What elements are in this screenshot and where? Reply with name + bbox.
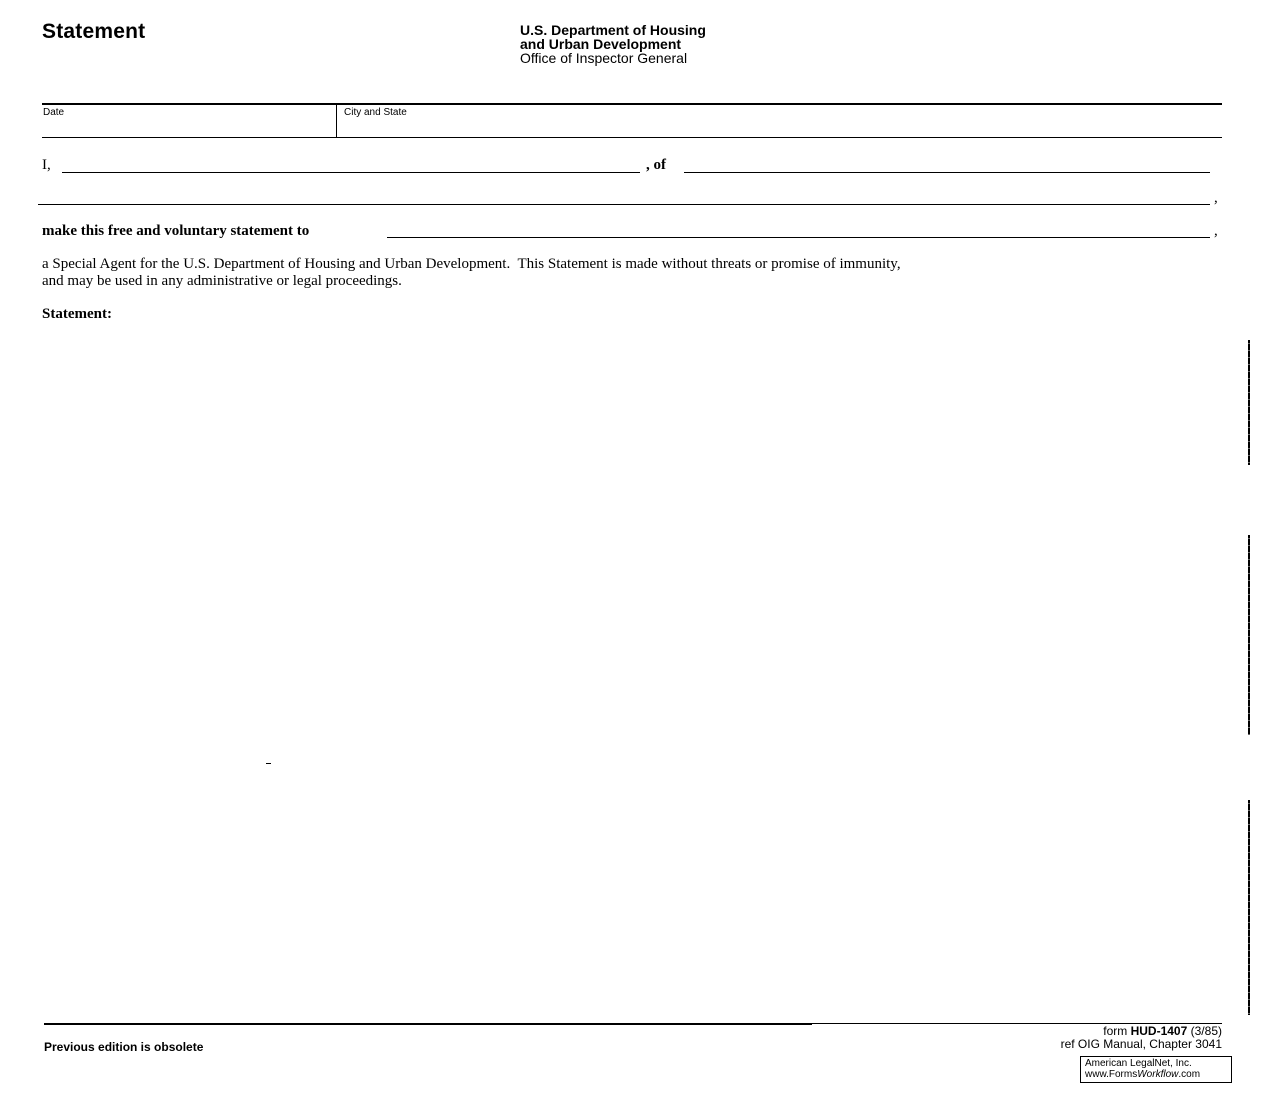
form-date: (3/85) <box>1191 1024 1222 1038</box>
scan-edge-mark <box>1248 800 1250 1015</box>
scan-artifact <box>266 763 271 764</box>
box-divider <box>336 105 337 138</box>
name-field[interactable] <box>62 156 640 173</box>
publisher-url: www.FormsWorkflow.com <box>1085 1069 1229 1080</box>
publisher-name: American LegalNet, Inc. <box>1085 1058 1229 1069</box>
address-field[interactable] <box>38 188 1210 205</box>
disclaimer-line1: a Special Agent for the U.S. Department … <box>42 256 1227 273</box>
date-field[interactable] <box>44 118 336 138</box>
publisher-box: American LegalNet, Inc. www.FormsWorkflo… <box>1080 1056 1232 1083</box>
form-prefix: form <box>1103 1024 1127 1038</box>
agency-name-line1: U.S. Department of Housing <box>520 23 706 37</box>
statement-to-label: make this free and voluntary statement t… <box>42 223 309 240</box>
disclaimer-line2: and may be used in any administrative or… <box>42 273 1227 290</box>
agency-office: Office of Inspector General <box>520 51 706 65</box>
city-state-field[interactable] <box>344 118 1218 138</box>
statement-disclaimer: a Special Agent for the U.S. Department … <box>42 256 1227 290</box>
i-label: I, <box>42 157 51 174</box>
agency-name-line2: and Urban Development <box>520 37 706 51</box>
form-identifier: form HUD-1407 (3/85) ref OIG Manual, Cha… <box>1061 1025 1222 1051</box>
scan-edge-mark <box>1248 340 1250 465</box>
top-rule <box>42 103 1222 105</box>
date-label: Date <box>43 107 64 118</box>
statement-text-area[interactable] <box>42 330 1226 1014</box>
of-field[interactable] <box>684 156 1210 173</box>
agency-block: U.S. Department of Housing and Urban Dev… <box>520 23 706 65</box>
obsolete-note: Previous edition is obsolete <box>44 1040 203 1054</box>
of-label: , of <box>646 157 666 174</box>
footer-rule <box>44 1023 812 1025</box>
form-title: Statement <box>42 20 145 44</box>
manual-reference: ref OIG Manual, Chapter 3041 <box>1061 1038 1222 1051</box>
statement-heading: Statement: <box>42 306 112 323</box>
scan-edge-mark <box>1248 535 1250 735</box>
city-state-label: City and State <box>344 107 407 118</box>
address-comma: , <box>1214 190 1218 207</box>
special-agent-field[interactable] <box>387 221 1210 238</box>
form-number: HUD-1407 <box>1131 1024 1188 1038</box>
agent-comma: , <box>1214 223 1218 240</box>
